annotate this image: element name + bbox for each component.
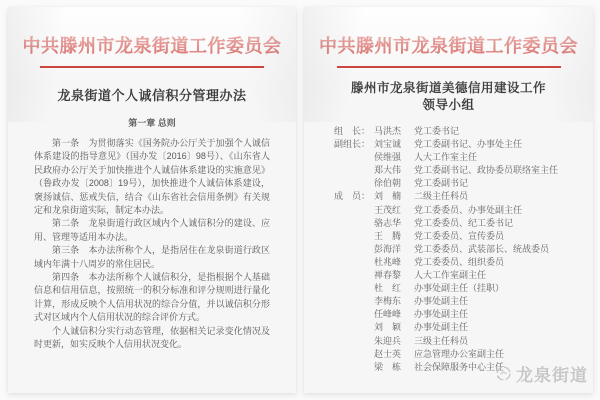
roster-name: 骆志华 <box>374 217 414 230</box>
left-letterhead-rule <box>40 66 264 68</box>
roster-title: 党工委书记 <box>414 125 573 138</box>
roster-name: 杜 红 <box>374 282 414 295</box>
roster-name: 禅春黎 <box>374 269 414 282</box>
roster-title: 党工委委员、宣传委员 <box>414 230 573 243</box>
roster-row: 成 员：刘 楠二级主任科员 <box>334 190 573 203</box>
right-letterhead-rule <box>337 66 561 68</box>
roster-role <box>334 321 374 334</box>
roster-row: 杜 红办事处副主任（挂职） <box>334 282 573 295</box>
right-document-title: 滕州市龙泉街道美德信用建设工作 领导小组 <box>304 80 593 114</box>
roster-title: 办事处副主任 <box>414 321 573 334</box>
roster-row: 郑大伟党工委副书记、政协委员联络室主任 <box>334 164 573 177</box>
roster-role <box>334 164 374 177</box>
roster-title: 办事处副主任 <box>414 295 573 308</box>
watermark: 龙泉街道 <box>495 361 588 386</box>
roster-role <box>334 177 374 190</box>
left-document-page: 中共滕州市龙泉街道工作委员会 龙泉街道个人诚信积分管理办法 第一章 总则 第一条… <box>8 7 296 393</box>
roster-role <box>334 282 374 295</box>
roster-title: 党工委委员、组织委员 <box>414 256 573 269</box>
roster-name: 任峰峰 <box>374 308 414 321</box>
body-paragraph: 第三条 本办法所称个人，是指居住在龙泉街道行政区域内年满十八周岁的常住居民。 <box>34 244 270 271</box>
roster-name: 刘宝诚 <box>374 138 414 151</box>
roster-role <box>334 243 374 256</box>
left-document-body: 第一条 为贯彻落实《国务院办公厅关于加强个人诚信体系建设的指导意见》（国办发〔2… <box>34 137 270 352</box>
body-paragraph: 第一条 为贯彻落实《国务院办公厅关于加强个人诚信体系建设的指导意见》（国办发〔2… <box>34 137 270 217</box>
roster-title: 二级主任科员 <box>414 190 573 203</box>
roster-title: 人大工作室主任 <box>414 151 573 164</box>
roster-row: 刘 颖办事处副主任 <box>334 321 573 334</box>
left-letterhead-title: 中共滕州市龙泉街道工作委员会 <box>16 34 288 59</box>
roster-row: 徐伯朝党工委副书记 <box>334 177 573 190</box>
right-letterhead-title: 中共滕州市龙泉街道工作委员会 <box>312 34 585 59</box>
roster-row: 侯维强人大工作室主任 <box>334 151 573 164</box>
roster-row: 副组长：刘宝诚党工委副书记、办事处主任 <box>334 138 573 151</box>
right-document-title-line1: 滕州市龙泉街道美德信用建设工作 <box>304 80 593 97</box>
roster-name: 郑大伟 <box>374 164 414 177</box>
body-paragraph: 第二条 龙泉街道行政区域内个人诚信积分的建设、应用、管理等适用本办法。 <box>34 217 270 244</box>
roster-name: 刘 颖 <box>374 321 414 334</box>
roster-name: 马洪杰 <box>374 125 414 138</box>
roster-name: 梁 栋 <box>374 361 414 374</box>
roster-title: 办事处副主任 <box>414 308 573 321</box>
left-document-title: 龙泉街道个人诚信积分管理办法 <box>8 85 296 104</box>
roster-title: 党工委委员、办事处副主任 <box>414 204 573 217</box>
roster-role <box>334 256 374 269</box>
roster-name: 杜兆峰 <box>374 256 414 269</box>
roster-title: 三级主任科员 <box>414 335 573 348</box>
roster-name: 彭海洋 <box>374 243 414 256</box>
roster-role <box>334 335 374 348</box>
roster-role <box>334 151 374 164</box>
roster-name: 侯维强 <box>374 151 414 164</box>
roster-name: 王 腾 <box>374 230 414 243</box>
body-paragraph: 个人诚信积分实行动态管理，依据相关记录变化情况及时更新，如实反映个人信用状况变化… <box>34 325 270 352</box>
roster-name: 刘 楠 <box>374 190 414 203</box>
article-image-canvas: 中共滕州市龙泉街道工作委员会 龙泉街道个人诚信积分管理办法 第一章 总则 第一条… <box>0 0 600 400</box>
roster-role <box>334 295 374 308</box>
roster-row: 彭海洋党工委委员、武装部长、统战委员 <box>334 243 573 256</box>
roster-role <box>334 361 374 374</box>
roster-role <box>334 217 374 230</box>
roster-role <box>334 269 374 282</box>
body-paragraph: 第四条 本办法所称个人诚信积分，是指根据个人基础信息和信用信息，按照统一的积分标… <box>34 271 270 325</box>
roster-name: 王茂红 <box>374 204 414 217</box>
leadership-roster: 组 长：马洪杰党工委书记副组长：刘宝诚党工委副书记、办事处主任侯维强人大工作室主… <box>334 125 573 374</box>
round-emblem-icon <box>495 365 512 382</box>
roster-title: 办事处副主任（挂职） <box>414 282 573 295</box>
roster-name: 李梅东 <box>374 295 414 308</box>
roster-role <box>334 204 374 217</box>
roster-role: 成 员： <box>334 190 374 203</box>
watermark-label: 龙泉街道 <box>516 361 588 386</box>
roster-row: 朱迎兵三级主任科员 <box>334 335 573 348</box>
roster-title: 人大工作室副主任 <box>414 269 573 282</box>
roster-title: 党工委副书记、办事处主任 <box>414 138 573 151</box>
roster-role <box>334 308 374 321</box>
roster-title: 党工委副书记 <box>414 177 573 190</box>
roster-name: 朱迎兵 <box>374 335 414 348</box>
roster-title: 党工委委员、纪工委书记 <box>414 217 573 230</box>
roster-row: 组 长：马洪杰党工委书记 <box>334 125 573 138</box>
roster-row: 赵士英应急管理办公室副主任 <box>334 348 573 361</box>
roster-name: 赵士英 <box>374 348 414 361</box>
roster-row: 禅春黎人大工作室副主任 <box>334 269 573 282</box>
roster-role: 组 长： <box>334 125 374 138</box>
roster-row: 王 腾党工委委员、宣传委员 <box>334 230 573 243</box>
roster-row: 王茂红党工委委员、办事处副主任 <box>334 204 573 217</box>
roster-role <box>334 230 374 243</box>
roster-row: 任峰峰办事处副主任 <box>334 308 573 321</box>
right-document-page: 中共滕州市龙泉街道工作委员会 滕州市龙泉街道美德信用建设工作 领导小组 组 长：… <box>304 7 593 393</box>
right-document-title-line2: 领导小组 <box>304 97 593 114</box>
roster-row: 骆志华党工委委员、纪工委书记 <box>334 217 573 230</box>
roster-row: 李梅东办事处副主任 <box>334 295 573 308</box>
roster-title: 党工委委员、武装部长、统战委员 <box>414 243 573 256</box>
roster-role <box>334 348 374 361</box>
roster-role: 副组长： <box>334 138 374 151</box>
roster-name: 徐伯朝 <box>374 177 414 190</box>
left-chapter-heading: 第一章 总则 <box>8 116 296 129</box>
roster-title: 应急管理办公室副主任 <box>414 348 573 361</box>
roster-title: 党工委副书记、政协委员联络室主任 <box>414 164 573 177</box>
roster-row: 杜兆峰党工委委员、组织委员 <box>334 256 573 269</box>
